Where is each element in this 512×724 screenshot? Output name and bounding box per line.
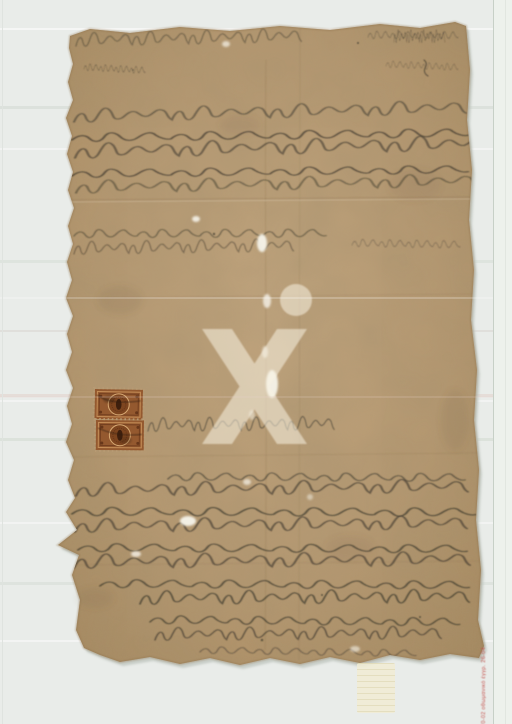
ink-speck xyxy=(261,639,264,642)
damage-spot xyxy=(222,41,230,47)
damage-spot xyxy=(243,479,251,485)
document-scan xyxy=(0,0,512,724)
revenue-stamp xyxy=(95,419,145,451)
seam-inner-line xyxy=(505,0,506,724)
stain xyxy=(98,286,142,314)
ink-speck xyxy=(213,233,215,235)
scan-background: 70-02 οθωμανικό έγγρ. 26-04 xyxy=(0,0,512,724)
damage-spot xyxy=(307,494,313,500)
shelf-sticker xyxy=(357,663,395,713)
seam-strip xyxy=(494,0,512,724)
stain xyxy=(220,115,260,135)
damage-spot xyxy=(350,646,360,652)
ink-speck xyxy=(357,42,359,44)
damage-spot xyxy=(263,294,271,308)
ink-speck xyxy=(132,69,134,71)
damage-spot xyxy=(131,551,141,557)
stain xyxy=(441,390,469,450)
damage-spot xyxy=(180,516,196,526)
ink-speck xyxy=(321,594,323,596)
ink-speck xyxy=(419,616,421,618)
revenue-stamp xyxy=(93,388,144,421)
stain xyxy=(77,588,113,608)
left-edge-line xyxy=(2,0,3,724)
damage-spot xyxy=(257,234,267,252)
archive-code-label: 70-02 οθωμανικό έγγρ. 26-04 xyxy=(481,637,493,724)
watermark-dot xyxy=(280,284,312,316)
damage-spot xyxy=(192,216,200,222)
